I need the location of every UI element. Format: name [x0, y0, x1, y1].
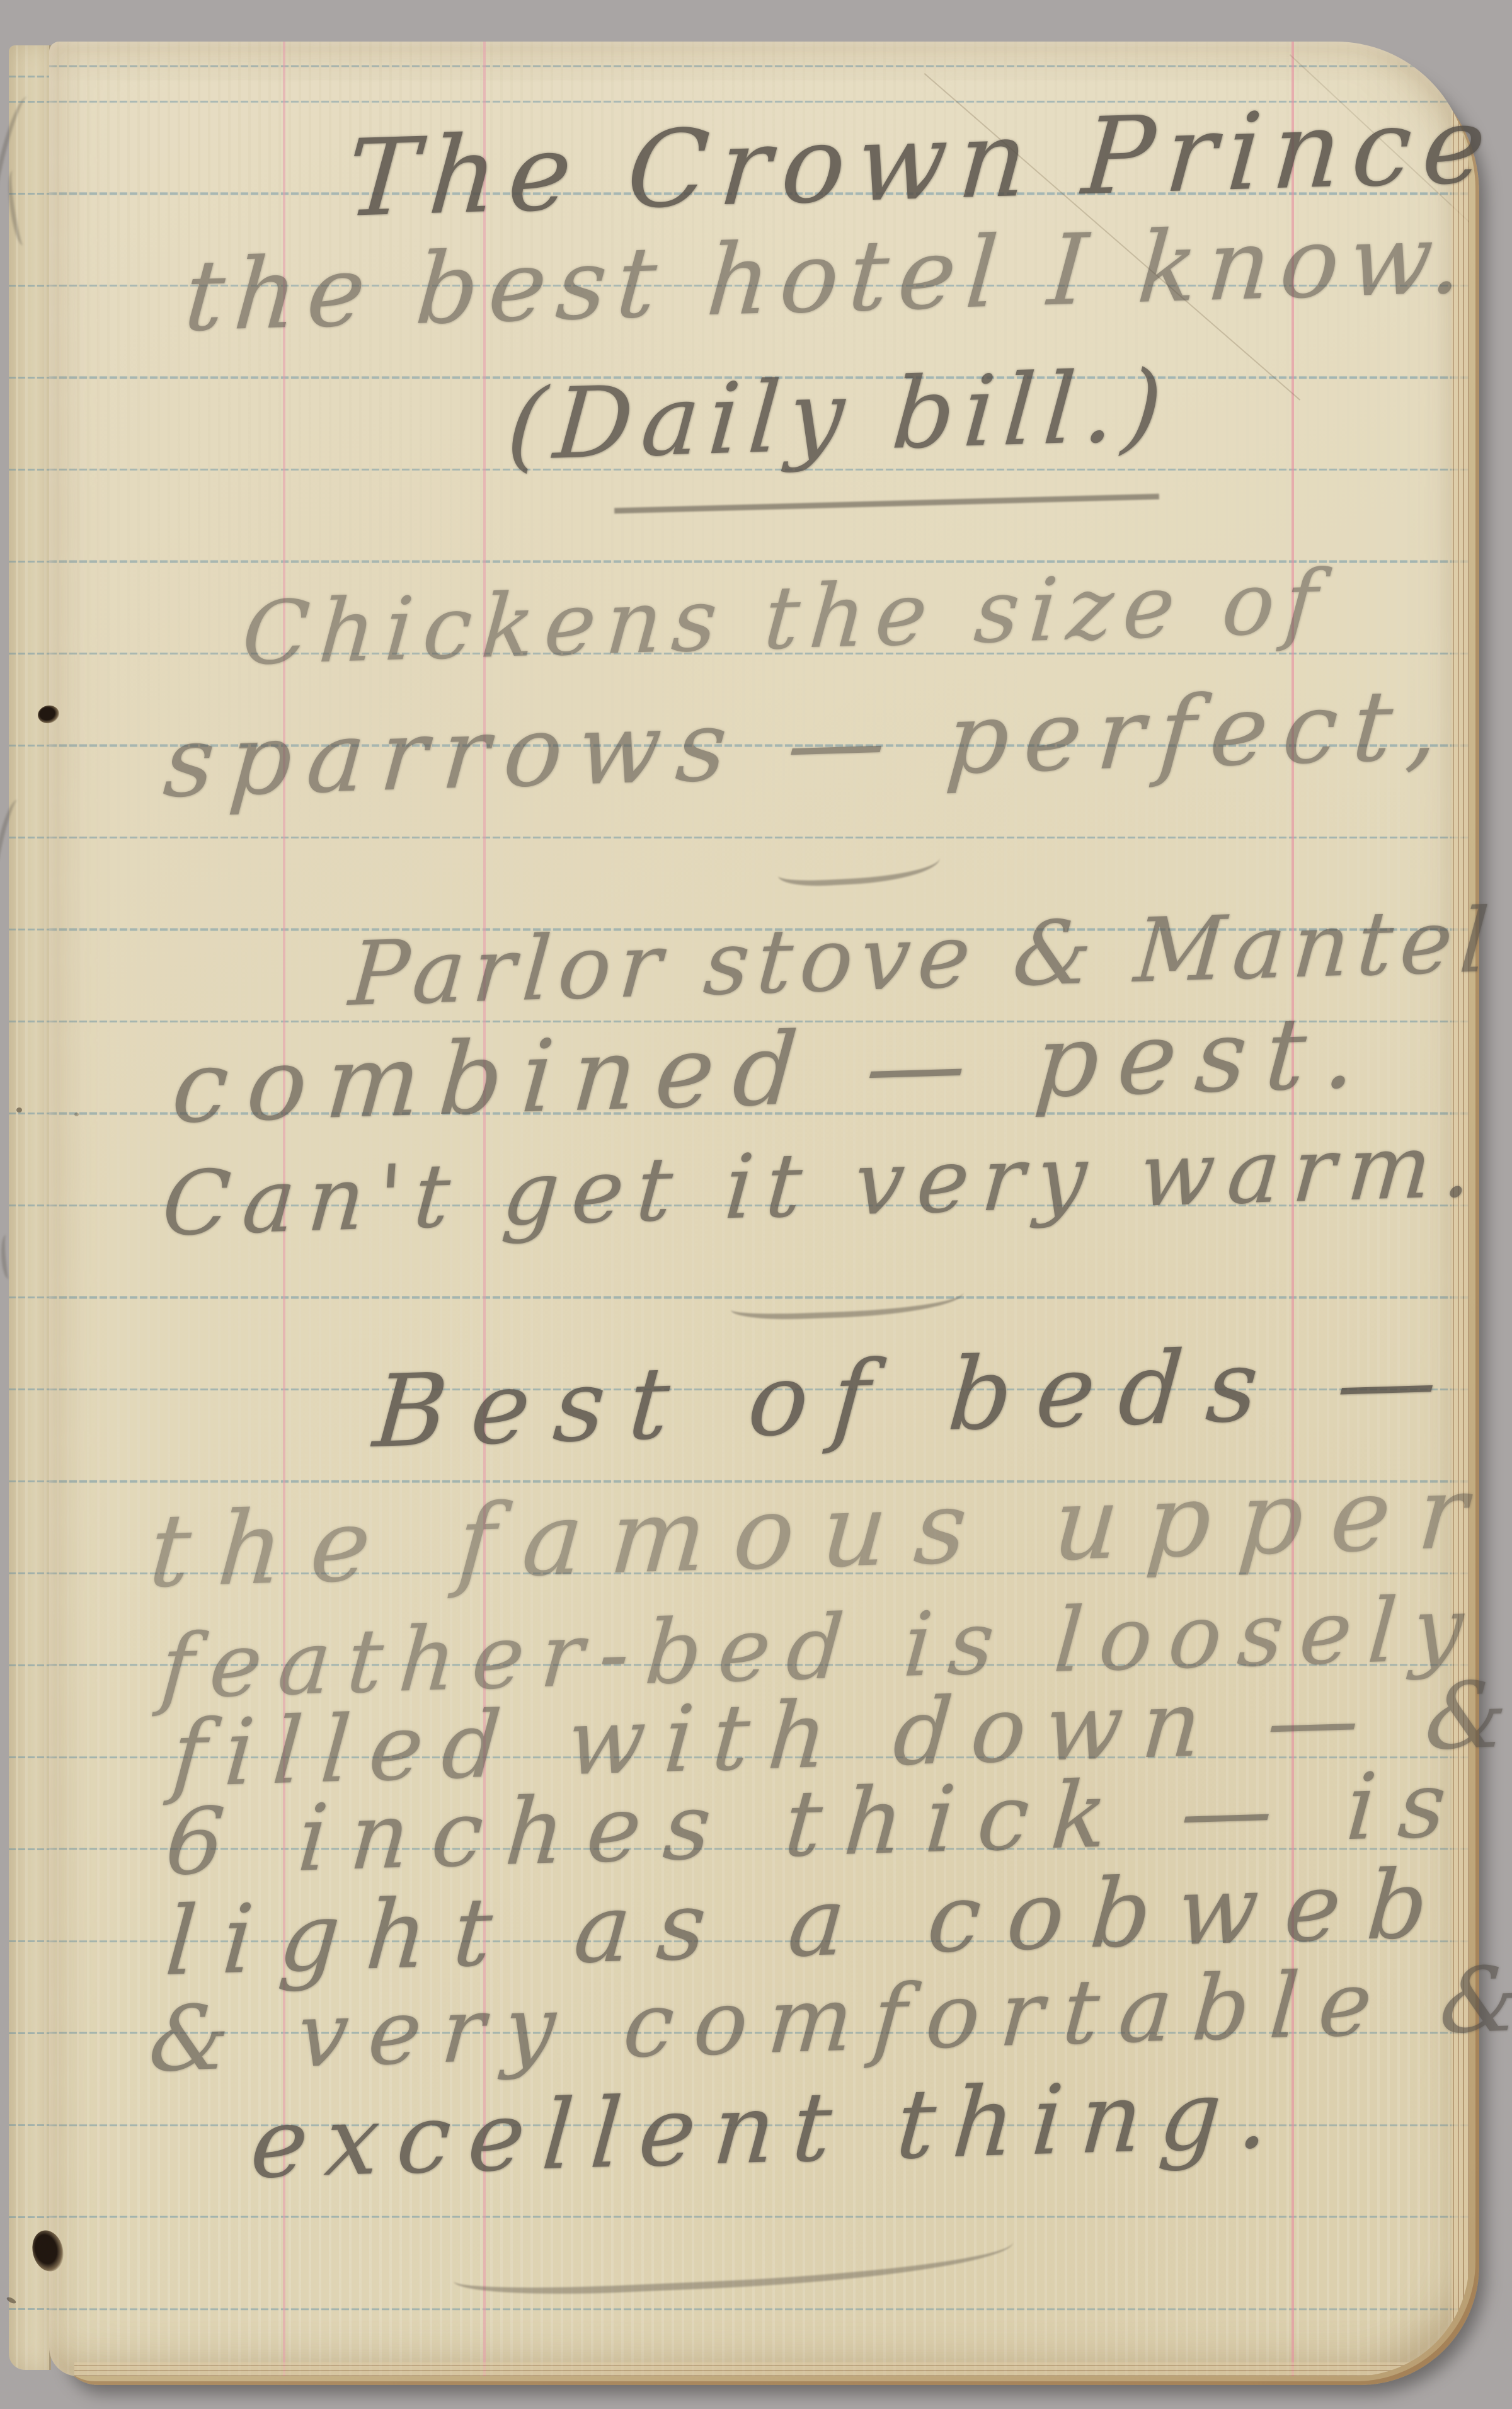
notebook-page [49, 42, 1469, 2376]
margin-line-left-1 [283, 42, 285, 2376]
stacked-page-edges-right [1452, 42, 1469, 2376]
gutter-page-sliver [9, 45, 51, 2370]
paper-speck-2 [74, 1113, 79, 1116]
notebook-scan: The Crown Prince the best hotel I know. … [0, 0, 1512, 2409]
paper-crease-1 [924, 73, 1301, 401]
paper-crease-2 [1290, 54, 1469, 240]
paper-speck-1 [16, 1107, 22, 1113]
stacked-page-edges-bottom [74, 2362, 1457, 2376]
margin-line-left-2 [483, 42, 486, 2376]
